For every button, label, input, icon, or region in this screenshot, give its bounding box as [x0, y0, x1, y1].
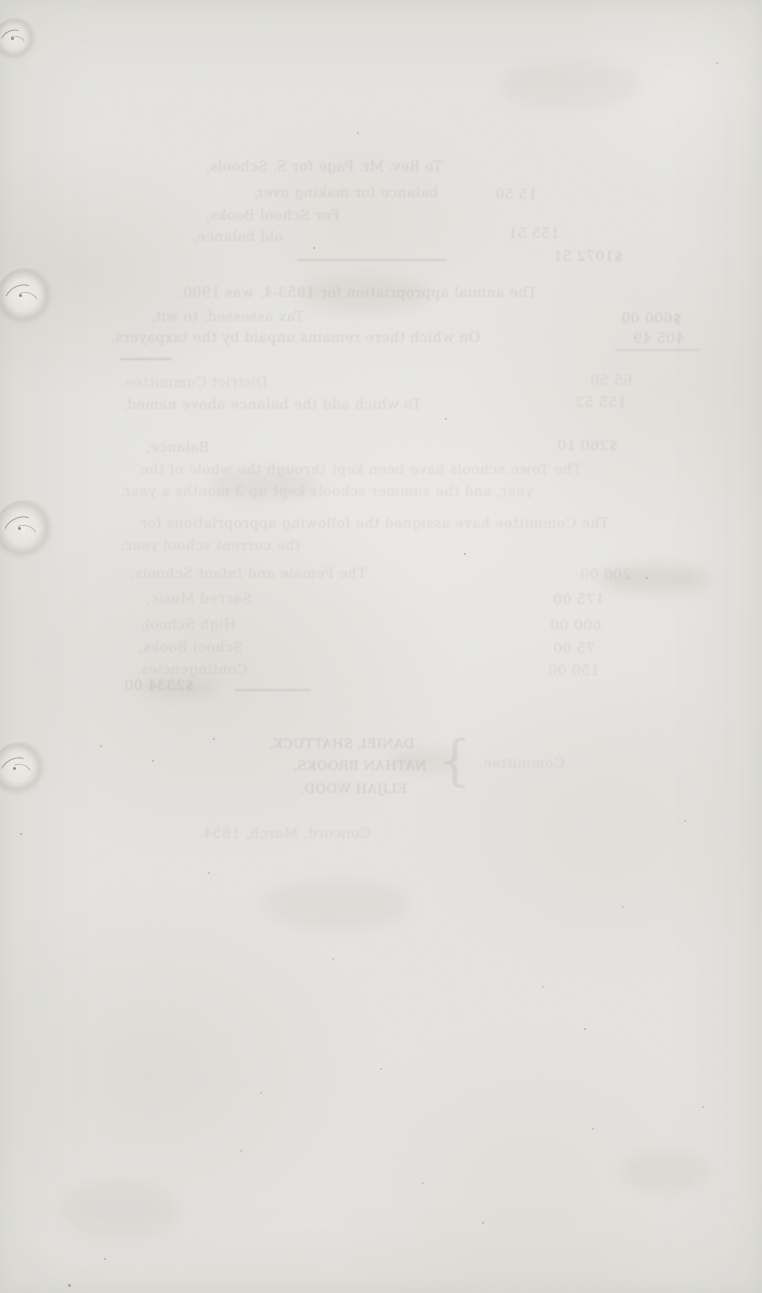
ghost-text-line: 150 00 [548, 664, 599, 678]
ghost-text-line: Balance, [145, 441, 209, 455]
binding-hole-hd [11, 37, 14, 40]
paper-speck [716, 62, 718, 64]
ghost-text-line: District Committee, [120, 376, 268, 390]
ghost-text-line: To Rev. Mr. Page for S. Schools, [205, 160, 442, 174]
ghost-text-line: 75 00 [553, 642, 595, 656]
scanned-book-page: To Rev. Mr. Page for S. Schools,balance … [0, 0, 762, 1293]
ghost-text-line: 155 52 [575, 396, 626, 410]
ghost-text-line: On which there remains unpaid by the tax… [110, 331, 480, 345]
ghost-text-line: School Books, [138, 641, 243, 655]
binding-hole-hd [19, 294, 22, 297]
paper-speck [208, 872, 210, 874]
paper-speck [104, 1258, 106, 1260]
scan-vignette [0, 0, 762, 1293]
paper-grain-texture [0, 0, 762, 1293]
paper-smudge [600, 566, 710, 592]
paper-speck [332, 958, 334, 960]
ghost-text-line: The Committee have assigned the followin… [140, 517, 609, 531]
paper-smudge [210, 470, 320, 500]
paper-speck [152, 760, 154, 762]
binding-hole-c1 [0, 279, 44, 320]
ghost-text-line: Sacred Music, [145, 592, 252, 606]
paper-speck [240, 1150, 242, 1152]
ghost-text-line: old balance, [192, 230, 283, 244]
ghost-text-layer: To Rev. Mr. Page for S. Schools,balance … [0, 0, 762, 1293]
paper-speck [684, 820, 686, 822]
paper-speck [260, 1092, 262, 1094]
ghost-text-line: ELIJAH WOOD. [300, 783, 407, 796]
binding-hole-blob [0, 18, 38, 62]
binding-hole-c1 [0, 511, 43, 553]
binding-hole [0, 742, 48, 798]
paper-speck [422, 1182, 424, 1184]
paper-speck [592, 1128, 594, 1130]
paper-speck [542, 986, 544, 988]
paper-defects-layer [0, 0, 762, 1293]
paper-speck [313, 247, 315, 249]
ghost-rule-line [120, 358, 172, 360]
paper-speck [702, 1106, 704, 1108]
binding-hole-c1 [0, 752, 37, 791]
paper-smudge [140, 680, 220, 696]
ghost-text-line: 15 50 [495, 188, 537, 202]
ghost-text-line: 600 00 [550, 619, 601, 633]
ghost-text-line: For School Books, [205, 209, 340, 223]
binding-hole-c2 [8, 521, 41, 552]
ghost-text-line: 200 00 [580, 568, 631, 582]
ghost-text-line: balance for making over, [253, 186, 438, 200]
ghost-text-line: The Town schools have been kept through … [140, 463, 582, 477]
paper-speck [100, 745, 102, 747]
paper-smudge [620, 1150, 710, 1194]
ghost-text-line: the current school year: [120, 539, 300, 553]
paper-smudge [60, 1180, 180, 1240]
ghost-text-line: } [437, 734, 472, 788]
ghost-text-line: 155 51 [508, 227, 559, 241]
paper-speck [68, 1284, 71, 1287]
paper-smudge [300, 275, 430, 311]
binding-hole-c1 [0, 26, 30, 57]
ghost-text-line: year, and the summer schools kept up 3 m… [120, 485, 533, 499]
ghost-text-line: Committee. [478, 757, 564, 771]
ghost-text-line: 175 00 [553, 593, 604, 607]
paper-speck [482, 1222, 484, 1224]
binding-hole-blob [0, 500, 56, 562]
ghost-text-line: Tax assessed, to wit, [150, 310, 304, 324]
ghost-text-line: High School, [140, 618, 236, 632]
ghost-rule-line [615, 349, 700, 351]
ghost-text-line: $600 00 [621, 312, 682, 326]
paper-smudge [500, 60, 640, 110]
paper-smudge [260, 880, 410, 930]
binding-hole-c2 [4, 33, 28, 56]
ghost-text-line: Concord, March, 1854. [198, 827, 371, 841]
binding-hole-hd [13, 767, 16, 770]
binding-hole [0, 18, 38, 62]
paper-smudge [390, 750, 460, 772]
ghost-rule-line [297, 259, 447, 261]
ghost-text-line: The annual appropriation for 1853-4, was… [178, 286, 537, 300]
binding-hole-c2 [5, 761, 35, 789]
binding-hole [0, 500, 56, 562]
paper-speck [20, 833, 22, 835]
ghost-rule-line [235, 689, 311, 691]
ghost-text-line: Contingencies, [136, 663, 247, 677]
paper-speck [213, 738, 215, 740]
paper-speck [380, 1068, 382, 1070]
ghost-text-line: $260 10 [557, 439, 618, 453]
ghost-text-line: To which add the balance above named, [122, 398, 421, 412]
ghost-text-line: 405 49 [633, 332, 684, 346]
paper-speck [464, 553, 466, 555]
ghost-text-line: $1072 51 [553, 250, 623, 264]
binding-hole-hd [18, 527, 21, 530]
binding-hole-c2 [10, 289, 42, 319]
paper-speck [445, 418, 447, 420]
ghost-text-line: The Female and Infant Schools, [130, 567, 367, 581]
paper-speck [646, 577, 648, 579]
ghost-text-line: $2334 00 [124, 679, 194, 693]
paper-speck [357, 132, 359, 134]
binding-hole-blob [0, 742, 48, 798]
ghost-text-line: 65 50 [590, 374, 632, 388]
paper-speck [584, 1028, 586, 1030]
paper-speck [622, 906, 624, 908]
binding-hole [0, 268, 56, 328]
binding-hole-blob [0, 268, 56, 328]
ghost-text-line: DANIEL SHATTUCK, [268, 738, 414, 751]
paper-smudge-layer [0, 0, 762, 1293]
ghost-text-line: NATHAN BROOKS, [293, 760, 427, 773]
